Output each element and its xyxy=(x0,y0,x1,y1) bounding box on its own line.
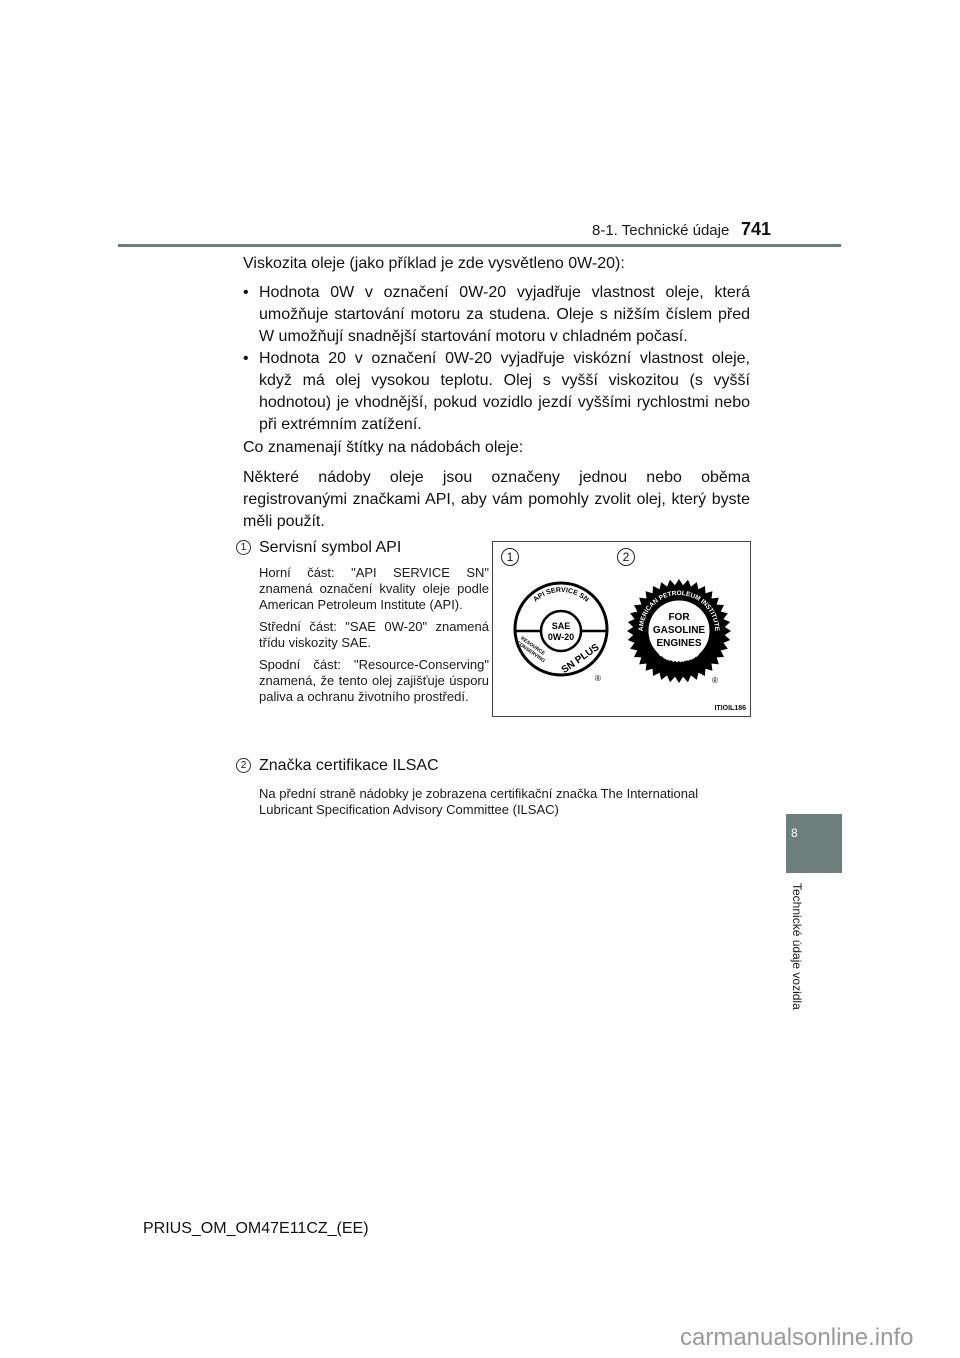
svg-text:FOR: FOR xyxy=(668,612,690,623)
section-title: 8-1. Technické údaje xyxy=(592,222,729,239)
chapter-tab[interactable]: 8 xyxy=(786,814,842,873)
item-api-description: Horní část: "API SERVICE SN" znamená ozn… xyxy=(259,565,489,711)
description-paragraph: Horní část: "API SERVICE SN" znamená ozn… xyxy=(259,565,489,613)
svg-text:®: ® xyxy=(712,676,718,685)
item-ilsac-title: 2Značka certifikace ILSAC xyxy=(236,757,439,775)
intro-text: Viskozita oleje (jako příklad je zde vys… xyxy=(243,253,750,275)
chapter-number: 8 xyxy=(791,826,798,840)
ilsac-certification-starburst-icon: AMERICAN PETROLEUM INSTITUTE CERTIFIED F… xyxy=(625,579,737,687)
document-code: PRIUS_OM_OM47E11CZ_(EE) xyxy=(143,1220,369,1238)
oil-labels-figure: 1 2 API SERVICE SN SAE 0W-20 RESOURCE CO… xyxy=(492,541,751,717)
item-ilsac-description: Na přední straně nádobky je zobrazena ce… xyxy=(259,786,751,818)
figure-number-2: 2 xyxy=(617,548,635,566)
number-2-icon: 2 xyxy=(236,758,251,773)
labels-paragraph: Některé nádoby oleje jsou označeny jedno… xyxy=(243,467,750,533)
svg-text:ENGINES: ENGINES xyxy=(656,638,701,649)
page-number: 741 xyxy=(741,219,771,240)
figure-code: ITIOIL186 xyxy=(714,705,746,712)
svg-text:SAE: SAE xyxy=(552,621,571,631)
item-title-text: Značka certifikace ILSAC xyxy=(259,757,439,774)
svg-text:0W-20: 0W-20 xyxy=(548,632,574,642)
chapter-label: Technické údaje vozidla xyxy=(790,883,804,1010)
item-title-text: Servisní symbol API xyxy=(259,539,401,556)
figure-number-1: 1 xyxy=(501,548,519,566)
bullet-item: Hodnota 20 v označení 0W-20 vyjadřuje vi… xyxy=(243,348,750,436)
header-divider xyxy=(118,244,841,247)
viscosity-bullets: Hodnota 0W v označení 0W-20 vyjadřuje vl… xyxy=(243,282,750,436)
description-paragraph: Spodní část: "Resource-Conserving" zname… xyxy=(259,657,489,705)
svg-text:®: ® xyxy=(595,674,601,683)
bullet-item: Hodnota 0W v označení 0W-20 vyjadřuje vl… xyxy=(243,282,750,348)
api-service-symbol-icon: API SERVICE SN SAE 0W-20 RESOURCE CONSER… xyxy=(510,579,612,683)
item-api-title: 1Servisní symbol API xyxy=(236,539,401,557)
labels-heading: Co znamenají štítky na nádobách oleje: xyxy=(243,437,750,459)
svg-text:GASOLINE: GASOLINE xyxy=(653,625,706,636)
description-paragraph: Na přední straně nádobky je zobrazena ce… xyxy=(259,786,751,818)
number-1-icon: 1 xyxy=(236,540,251,555)
watermark[interactable]: carmanualsonline.info xyxy=(680,1324,913,1352)
description-paragraph: Střední část: "SAE 0W-20" znamená třídu … xyxy=(259,619,489,651)
